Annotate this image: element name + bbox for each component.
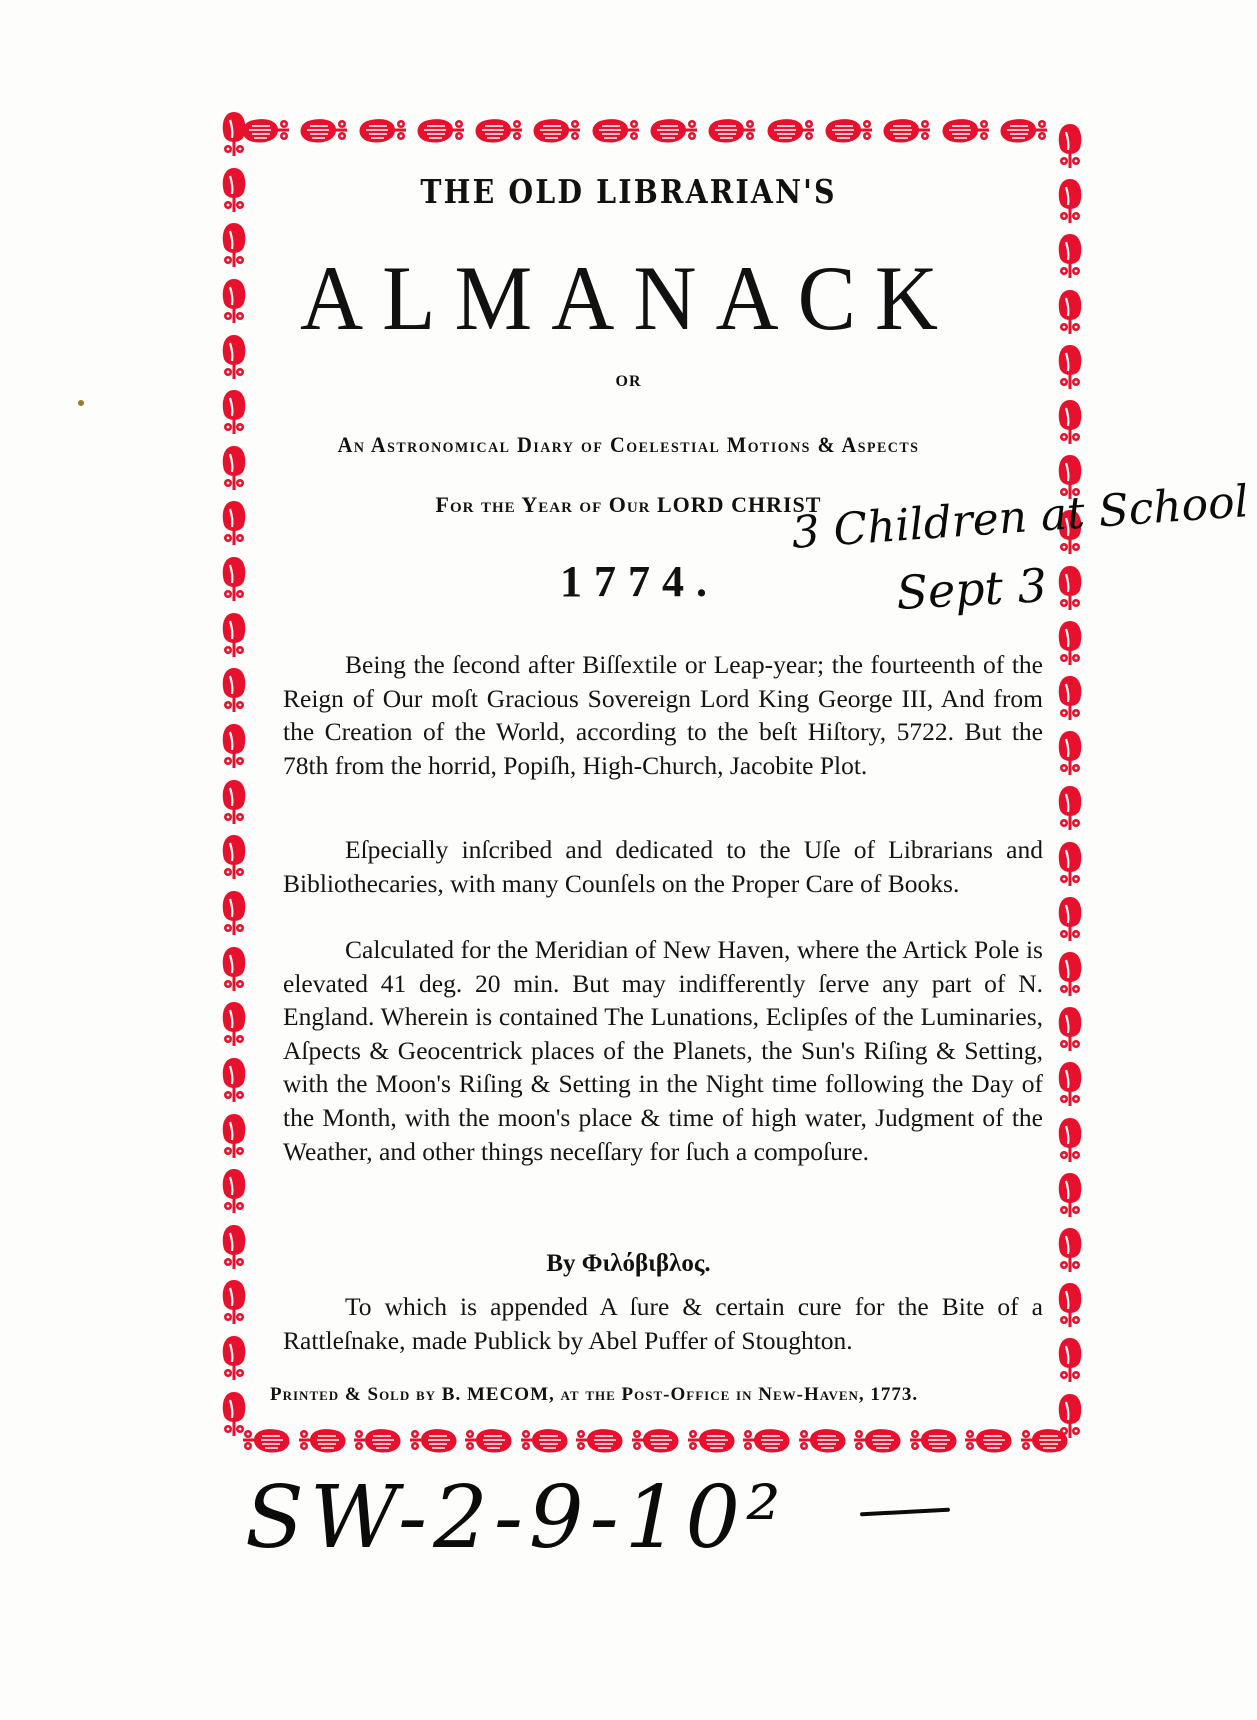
- paisley-ornament-icon: [907, 1423, 959, 1457]
- paisley-ornament-icon: [407, 1423, 459, 1457]
- paper-speck: [78, 400, 84, 406]
- paisley-ornament-icon: [881, 113, 933, 147]
- paisley-ornament-icon: [217, 1276, 251, 1326]
- imprint-line: Printed & Sold by B. MECOM, at the Poſt-…: [270, 1384, 918, 1406]
- paisley-ornament-icon: [1053, 948, 1087, 998]
- almanac-title-page: THE OLD LIBRARIAN'S ALMANACK OR An Astro…: [0, 0, 1257, 1720]
- paisley-ornament-icon: [217, 1388, 251, 1438]
- paisley-ornament-icon: [217, 1165, 251, 1215]
- paisley-ornament-icon: [629, 1423, 681, 1457]
- paisley-ornament-icon: [1053, 838, 1087, 888]
- paisley-ornament-icon: [217, 776, 251, 826]
- paisley-ornament-icon: [740, 1423, 792, 1457]
- handwritten-note-line1: 3 Children at School: [790, 476, 1250, 559]
- main-title: ALMANACK: [31, 245, 1225, 351]
- paisley-ornament-icon: [1053, 1003, 1087, 1053]
- paragraph-text: To which is appended A ſure & certain cu…: [283, 1292, 1043, 1355]
- paisley-ornament-icon: [217, 998, 251, 1048]
- paisley-ornament-icon: [217, 943, 251, 993]
- paisley-ornament-icon: [648, 113, 700, 147]
- catalog-mark-underline: [860, 1508, 950, 1517]
- paisley-ornament-icon: [518, 1423, 570, 1457]
- paisley-ornament-icon: [851, 1423, 903, 1457]
- paragraph-calculated: Calculated for the Meridian of New Haven…: [283, 933, 1043, 1168]
- paisley-ornament-icon: [217, 609, 251, 659]
- handwritten-catalog-mark: SW-2-9-10²: [245, 1468, 787, 1568]
- paisley-ornament-icon: [1053, 1058, 1087, 1108]
- paisley-ornament-icon: [217, 887, 251, 937]
- paisley-ornament-icon: [1053, 672, 1087, 722]
- handwritten-note-line2: Sept 3: [895, 558, 1048, 620]
- paisley-ornament-icon: [962, 1423, 1014, 1457]
- paisley-ornament-icon: [1053, 1334, 1087, 1384]
- paisley-ornament-icon: [998, 113, 1050, 147]
- paisley-ornament-icon: [217, 1054, 251, 1104]
- author-line: By Φιλόβιβλος.: [0, 1250, 1257, 1278]
- paisley-ornament-icon: [217, 1332, 251, 1382]
- paisley-ornament-icon: [940, 113, 992, 147]
- paisley-ornament-icon: [573, 1423, 625, 1457]
- paragraph-dedication: Eſpecially inſcribed and dedicated to th…: [283, 833, 1043, 900]
- paisley-ornament-icon: [217, 720, 251, 770]
- paisley-ornament-icon: [217, 831, 251, 881]
- paisley-ornament-icon: [217, 553, 251, 603]
- paisley-ornament-icon: [217, 108, 251, 158]
- title-line: THE OLD LIBRARIAN'S: [88, 172, 1169, 211]
- paisley-ornament-icon: [706, 113, 758, 147]
- paisley-ornament-icon: [217, 386, 251, 436]
- paisley-ornament-icon: [357, 113, 409, 147]
- paragraph-appendix: To which is appended A ſure & certain cu…: [283, 1290, 1043, 1357]
- paisley-ornament-icon: [765, 113, 817, 147]
- paisley-ornament-icon: [685, 1423, 737, 1457]
- paragraph-text: Being the ſecond after Biſſextile or Lea…: [283, 650, 1043, 780]
- paragraph-leap-year: Being the ſecond after Biſſextile or Lea…: [283, 648, 1043, 782]
- border-bottom: [240, 1418, 1070, 1462]
- paisley-ornament-icon: [1053, 562, 1087, 612]
- paisley-ornament-icon: [531, 113, 583, 147]
- subtitle: An Astronomical Diary of Coelestial Moti…: [44, 432, 1213, 458]
- paragraph-text: Eſpecially inſcribed and dedicated to th…: [283, 835, 1043, 898]
- paisley-ornament-icon: [217, 1110, 251, 1160]
- paisley-ornament-icon: [1053, 1390, 1087, 1440]
- paragraph-text: Calculated for the Meridian of New Haven…: [283, 935, 1043, 1166]
- or-word: OR: [0, 373, 1257, 391]
- paisley-ornament-icon: [296, 1423, 348, 1457]
- paisley-ornament-icon: [1053, 1169, 1087, 1219]
- paisley-ornament-icon: [415, 113, 467, 147]
- paisley-ornament-icon: [473, 113, 525, 147]
- paisley-ornament-icon: [1053, 727, 1087, 777]
- paisley-ornament-icon: [217, 664, 251, 714]
- paisley-ornament-icon: [1053, 120, 1087, 170]
- paisley-ornament-icon: [796, 1423, 848, 1457]
- paisley-ornament-icon: [1053, 893, 1087, 943]
- paisley-ornament-icon: [351, 1423, 403, 1457]
- paisley-ornament-icon: [298, 113, 350, 147]
- paisley-ornament-icon: [1053, 1114, 1087, 1164]
- border-top: [240, 108, 1050, 152]
- paisley-ornament-icon: [1053, 1279, 1087, 1329]
- paisley-ornament-icon: [1053, 782, 1087, 832]
- paisley-ornament-icon: [462, 1423, 514, 1457]
- paisley-ornament-icon: [1053, 617, 1087, 667]
- year: 1774.: [560, 556, 719, 607]
- paisley-ornament-icon: [823, 113, 875, 147]
- paisley-ornament-icon: [590, 113, 642, 147]
